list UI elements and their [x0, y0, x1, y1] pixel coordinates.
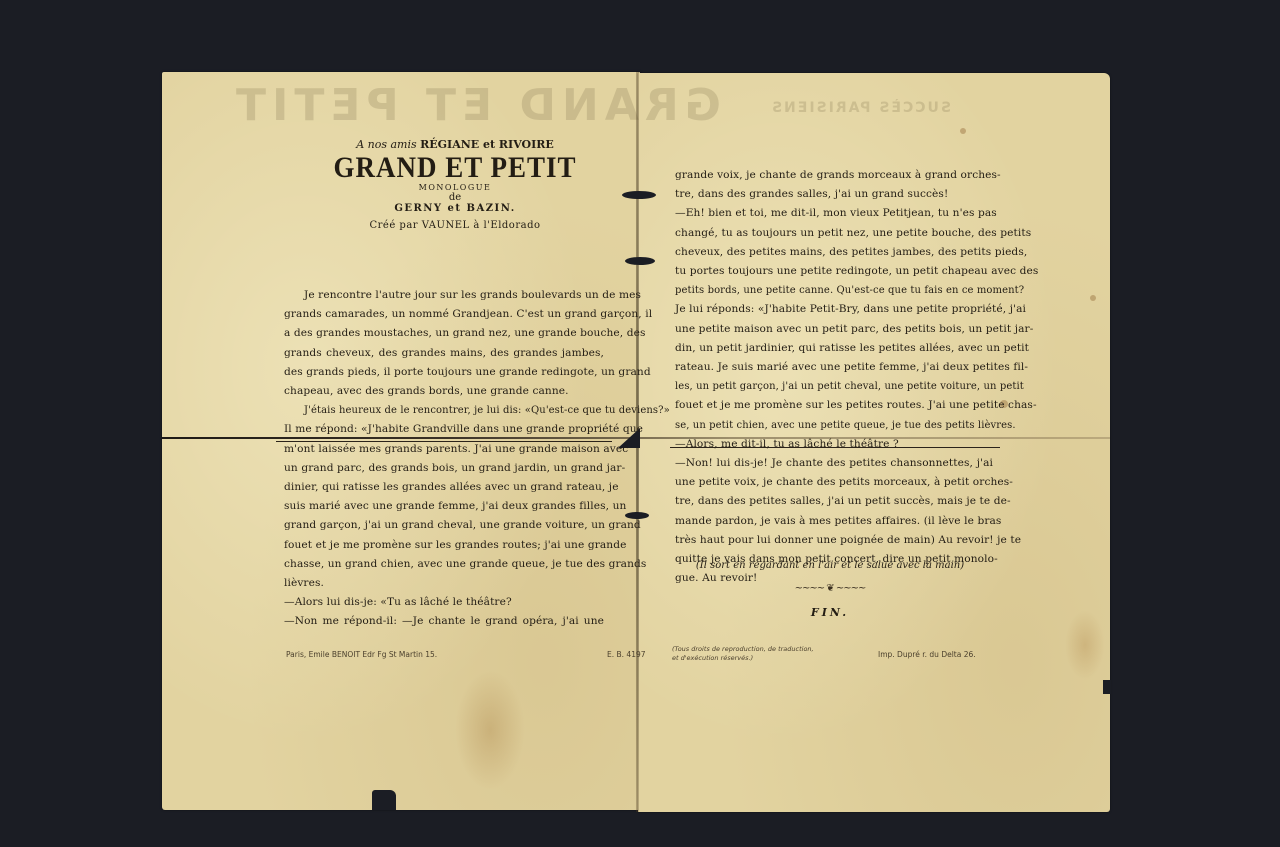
end-mark: FIN. [790, 606, 870, 619]
text-line: grande voix, je chante de grands morceau… [675, 166, 993, 185]
binding-hole [625, 257, 655, 265]
text-line: J'étais heureux de le rencontrer, je lui… [284, 401, 604, 420]
strike-line [670, 447, 1000, 448]
text-line: les, un petit garçon, j'ai un petit chev… [675, 377, 993, 396]
text-line: très haut pour lui donner une poignée de… [675, 531, 993, 550]
rights-notice: (Tous droits de reproduction, de traduct… [672, 645, 814, 663]
tear [1103, 680, 1111, 694]
text-line: cheveux, des petites mains, des petites … [675, 243, 993, 262]
text-line: rateau. Je suis marié avec une petite fe… [675, 358, 993, 377]
text-line: Je rencontre l'autre jour sur les grands… [284, 286, 604, 305]
text-line: des grands pieds, il porte toujours une … [284, 363, 604, 382]
text-line: —Alors lui dis-je: «Tu as lâché le théât… [284, 593, 604, 612]
text-line: a des grandes moustaches, un grand nez, … [284, 324, 604, 343]
left-column-text: Je rencontre l'autre jour sur les grands… [284, 286, 604, 632]
text-line: tu portes toujours une petite redingote,… [675, 262, 993, 281]
tear [372, 790, 396, 810]
text-line: suis marié avec une grande femme, j'ai d… [284, 497, 604, 516]
foxing-spot [1090, 295, 1096, 301]
text-line: chapeau, avec des grands bords, une gran… [284, 382, 604, 401]
text-line: lièvres. [284, 574, 604, 593]
closing-stage-direction: (Il sort en regardant en l'air et le sal… [690, 560, 970, 571]
premiere-credit: Créé par VAUNEL à l'Eldorado [300, 220, 610, 231]
authors: GERNY et BAZIN. [300, 203, 610, 214]
binding-hole [625, 512, 649, 519]
text-line: fouet et je me promène sur les petites r… [675, 396, 993, 415]
text-line: grands cheveux, des grandes mains, des g… [284, 344, 604, 363]
foxing-spot [960, 128, 966, 134]
text-line: grands camarades, un nommé Grandjean. C'… [284, 305, 604, 324]
binding-hole [622, 191, 656, 199]
subtitle: MONOLOGUE [300, 183, 610, 192]
plate-number: E. B. 4197 [607, 650, 646, 659]
text-line: —Alors, me dit-il, tu as lâché le théâtr… [675, 435, 993, 454]
text-line: une petite maison avec un petit parc, de… [675, 320, 993, 339]
bleed-through-title-left: GRAND ET PETIT [230, 80, 721, 131]
text-line: m'ont laissée mes grands parents. J'ai u… [284, 440, 604, 459]
ornament-divider: ~~~~ ❦ ~~~~ [770, 583, 890, 594]
publisher-imprint: Paris, Emile BENOIT Edr Fg St Martin 15. [286, 650, 437, 659]
text-line: tre, dans des petites salles, j'ai un pe… [675, 492, 993, 511]
bleed-through-title-right: SUCCÈS PARISIENS [770, 100, 951, 116]
strike-line [276, 441, 612, 442]
right-column-text: grande voix, je chante de grands morceau… [675, 166, 993, 588]
title-block: A nos amis RÉGIANE et RIVOIRE GRAND ET P… [300, 138, 610, 231]
text-line: se, un petit chien, avec une petite queu… [675, 416, 993, 435]
text-line: changé, tu as toujours un petit nez, une… [675, 224, 993, 243]
text-line: une petite voix, je chante des petits mo… [675, 473, 993, 492]
text-line: —Non! lui dis-je! Je chante des petites … [675, 454, 993, 473]
by-label: de [300, 192, 610, 203]
text-line: —Eh! bien et toi, me dit-il, mon vieux P… [675, 204, 993, 223]
text-line: chasse, un grand chien, avec une grande … [284, 555, 604, 574]
text-line: petits bords, une petite canne. Qu'est-c… [675, 281, 993, 300]
text-line: mande pardon, je vais à mes petites affa… [675, 512, 993, 531]
text-line: fouet et je me promène sur les grandes r… [284, 536, 604, 555]
text-line: din, un petit jardinier, qui ratisse les… [675, 339, 993, 358]
dedication: A nos amis RÉGIANE et RIVOIRE [300, 138, 610, 151]
text-line: un grand parc, des grands bois, un grand… [284, 459, 604, 478]
text-line: —Non me répond-il: —Je chante le grand o… [284, 612, 604, 631]
text-line: grand garçon, j'ai un grand cheval, une … [284, 516, 604, 535]
text-line: Je lui réponds: «J'habite Petit-Bry, dan… [675, 300, 993, 319]
text-line: Il me répond: «J'habite Grandville dans … [284, 420, 604, 439]
page-title: GRAND ET PETIT [300, 152, 610, 183]
text-line: tre, dans des grandes salles, j'ai un gr… [675, 185, 993, 204]
printer-imprint: Imp. Dupré r. du Delta 26. [878, 650, 976, 659]
text-line: dinier, qui ratisse les grandes allées a… [284, 478, 604, 497]
water-stain [455, 670, 525, 790]
water-stain [1065, 610, 1105, 680]
